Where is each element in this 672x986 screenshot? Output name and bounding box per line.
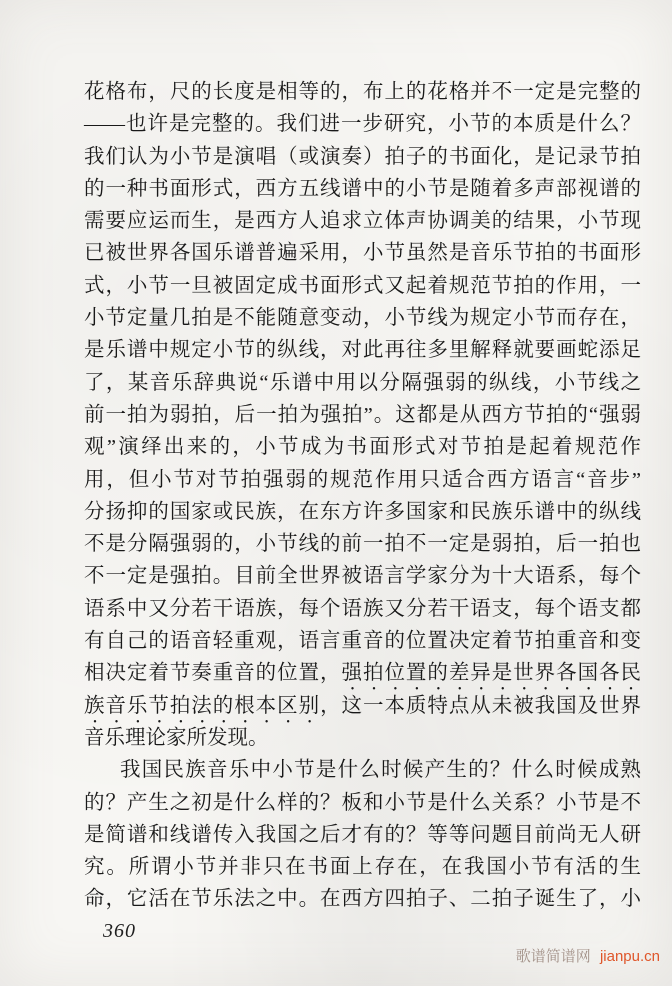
- text-line: 有自己的语音轻重观，语言重音的位置决定着节拍重音和变: [84, 625, 641, 657]
- watermark-site-url: jianpu.cn: [600, 948, 660, 965]
- text-line: 相决定着节奏重音的位置，强拍位置的差异是世界各国各民: [84, 657, 641, 689]
- text-line: 观”演绎出来的，小节成为书面形式对节拍是起着规范作: [84, 431, 641, 463]
- text-line: 的？产生之初是什么样的？板和小节是什么关系？小节是不: [84, 787, 641, 819]
- text-line: 花格布，尺的长度是相等的，布上的花格并不一定是完整的: [84, 76, 641, 108]
- text-segment: 不一定是强拍。目前全世界被语言学家分为十大语系，每个: [84, 565, 641, 587]
- text-segment: 前一拍为弱拍，后一拍为强拍”。这都是从西方节拍的“强弱: [84, 404, 641, 426]
- text-line: 的一种书面形式，西方五线谱中的小节是随着多声部视谱的: [84, 173, 641, 205]
- text-segment: 音乐理论家所发现。: [84, 727, 269, 749]
- text-line: 需要应运而生，是西方人追求立体声协调美的结果，小节现: [84, 205, 641, 237]
- text-segment: 观”演绎出来的，小节成为书面形式对节拍是起着规范作: [84, 436, 641, 458]
- emphasized-text: 强拍位置的差异是世界各国各民: [342, 662, 641, 684]
- text-line: 分扬抑的国家或民族，在东方许多国家和民族乐谱中的纵线: [84, 496, 641, 528]
- book-page: 花格布，尺的长度是相等的，布上的花格并不一定是完整的——也许是完整的。我们进一步…: [0, 0, 672, 986]
- text-segment: ，这一本质特点从未被我国及世界: [320, 695, 641, 717]
- text-line: 了，某音乐辞典说“乐谱中用以分隔强弱的纵线，小节线之: [84, 367, 641, 399]
- text-segment: 了，某音乐辞典说“乐谱中用以分隔强弱的纵线，小节线之: [84, 372, 641, 394]
- text-line: 已被世界各国乐谱普遍采用，小节虽然是音乐节拍的书面形: [84, 237, 641, 269]
- text-segment: 命，它活在节乐法之中。在西方四拍子、二拍子诞生了，小: [84, 888, 641, 910]
- emphasized-text: 族音乐节拍法的根本区别: [84, 695, 320, 717]
- text-line: 语系中又分若干语族，每个语族又分若干语支，每个语支都: [84, 593, 641, 625]
- text-line: 究。所谓小节并非只在书面上存在，在我国小节有活的生: [84, 851, 641, 883]
- paragraph: 花格布，尺的长度是相等的，布上的花格并不一定是完整的——也许是完整的。我们进一步…: [84, 76, 641, 754]
- paragraph: 我国民族音乐中小节是什么时候产生的？什么时候成熟的？产生之初是什么样的？板和小节…: [84, 754, 641, 915]
- text-segment: 花格布，尺的长度是相等的，布上的花格并不一定是完整的: [84, 81, 641, 103]
- text-line: 我们认为小节是演唱（或演奏）拍子的书面化，是记录节拍: [84, 141, 641, 173]
- watermark-site-name: 歌谱简谱网: [516, 948, 591, 965]
- text-line: 是乐谱中规定小节的纵线，对此再往多里解释就要画蛇添足: [84, 334, 641, 366]
- text-segment: 小节定量几拍是不能随意变动，小节线为规定小节而存在，: [84, 307, 641, 329]
- text-line: 命，它活在节乐法之中。在西方四拍子、二拍子诞生了，小: [84, 883, 641, 915]
- text-segment: 是简谱和线谱传入我国之后才有的？等等问题目前尚无人研: [84, 824, 641, 846]
- text-line: 不一定是强拍。目前全世界被语言学家分为十大语系，每个: [84, 560, 641, 592]
- text-segment: 式，小节一旦被固定成书面形式又起着规范节拍的作用，一: [84, 275, 641, 297]
- text-line: 小节定量几拍是不能随意变动，小节线为规定小节而存在，: [84, 302, 641, 334]
- text-segment: 已被世界各国乐谱普遍采用，小节虽然是音乐节拍的书面形: [84, 242, 641, 264]
- text-line: 是简谱和线谱传入我国之后才有的？等等问题目前尚无人研: [84, 819, 641, 851]
- text-segment: 语系中又分若干语族，每个语族又分若干语支，每个语支都: [84, 598, 641, 620]
- text-line: 族音乐节拍法的根本区别，这一本质特点从未被我国及世界: [84, 690, 641, 722]
- watermark: 歌谱简谱网 jianpu.cn: [516, 945, 660, 966]
- text-segment: 我们认为小节是演唱（或演奏）拍子的书面化，是记录节拍: [84, 146, 641, 168]
- text-segment: 究。所谓小节并非只在书面上存在，在我国小节有活的生: [84, 856, 641, 878]
- text-segment: 的？产生之初是什么样的？板和小节是什么关系？小节是不: [84, 792, 641, 814]
- text-line: 用，但小节对节拍强弱的规范作用只适合西方语言“音步”: [84, 464, 641, 496]
- text-line: ——也许是完整的。我们进一步研究，小节的本质是什么？: [84, 108, 641, 140]
- text-segment: 分扬抑的国家或民族，在东方许多国家和民族乐谱中的纵线: [84, 501, 641, 523]
- page-number: 360: [103, 920, 136, 943]
- text-segment: 我国民族音乐中小节是什么时候产生的？什么时候成熟: [120, 759, 641, 781]
- text-line: 式，小节一旦被固定成书面形式又起着规范节拍的作用，一: [84, 270, 641, 302]
- text-line: 音乐理论家所发现。: [84, 722, 641, 754]
- text-segment: 需要应运而生，是西方人追求立体声协调美的结果，小节现: [84, 210, 641, 232]
- text-segment: 的一种书面形式，西方五线谱中的小节是随着多声部视谱的: [84, 178, 641, 200]
- text-segment: 用，但小节对节拍强弱的规范作用只适合西方语言“音步”: [84, 469, 641, 491]
- page-text-block: 花格布，尺的长度是相等的，布上的花格并不一定是完整的——也许是完整的。我们进一步…: [84, 76, 641, 916]
- text-segment: 相决定着节奏重音的位置，: [84, 662, 342, 684]
- text-segment: 不是分隔强弱的，小节线的前一拍不一定是弱拍，后一拍也: [84, 533, 641, 555]
- text-line: 不是分隔强弱的，小节线的前一拍不一定是弱拍，后一拍也: [84, 528, 641, 560]
- text-segment: ——也许是完整的。我们进一步研究，小节的本质是什么？: [84, 113, 641, 135]
- text-segment: 有自己的语音轻重观，语言重音的位置决定着节拍重音和变: [84, 630, 641, 652]
- text-line: 前一拍为弱拍，后一拍为强拍”。这都是从西方节拍的“强弱: [84, 399, 641, 431]
- text-line: 我国民族音乐中小节是什么时候产生的？什么时候成熟: [84, 754, 641, 786]
- text-segment: 是乐谱中规定小节的纵线，对此再往多里解释就要画蛇添足: [84, 339, 641, 361]
